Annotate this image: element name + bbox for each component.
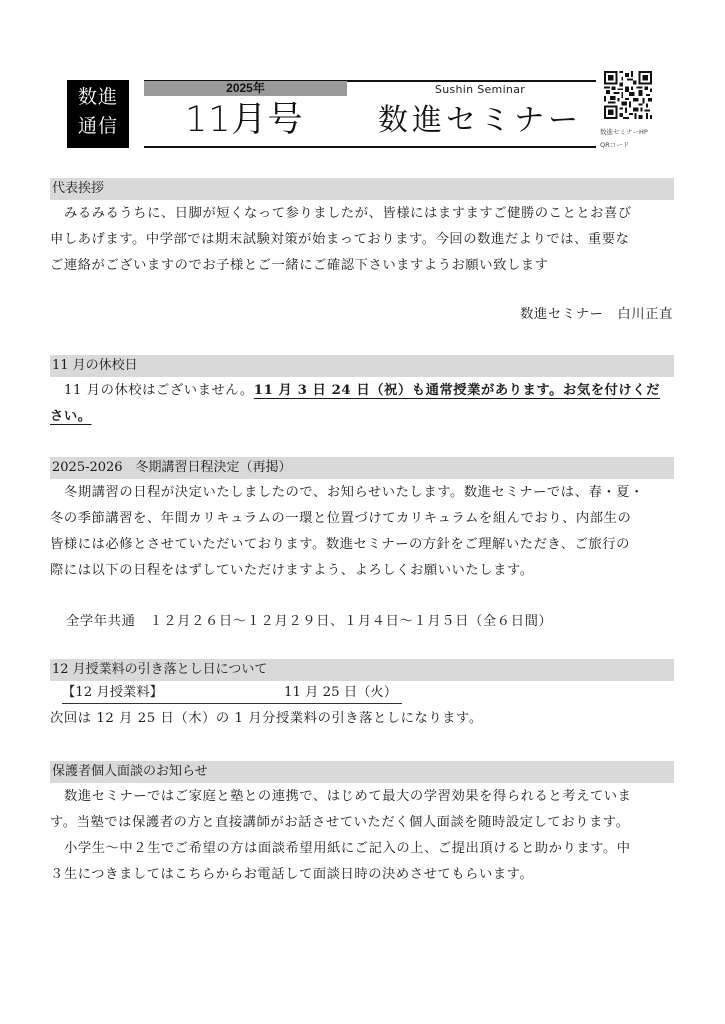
issue-title: 11月号	[185, 95, 325, 145]
winter-line: 皆様には必修とさせていただいております。数進セミナーの方針をご理解いただき、ご旅…	[50, 532, 676, 558]
section-title-tuition: 12 月授業料の引き落とし日について	[50, 659, 674, 681]
greeting-line: みるみるうちに、日脚が短くなって参りましたが、皆様にはますますご健勝のこととお喜…	[50, 201, 676, 227]
holiday-emphasis: さい。	[50, 409, 92, 424]
holiday-lead: 11 月の休校はございません。	[64, 383, 254, 398]
brand-name-english: Sushin Seminar	[410, 83, 550, 96]
brand-name-japanese: 数進セミナー	[378, 98, 582, 144]
interview-line: す。当塾では保護者の方と直接講師がお話させていただく個人面談を随時設定しておりま…	[50, 810, 676, 836]
tuition-fee-label: 【12 月授業料】	[62, 683, 163, 703]
qr-caption-qr-code: QRコード	[600, 140, 629, 149]
section-title-interview: 保護者個人面談のお知らせ	[50, 761, 674, 783]
interview-line: 小学生～中２生でご希望の方は面談希望用紙にご記入の上、ご提出頂けると助かります。…	[50, 836, 676, 862]
newsletter-logo: 数進 通信	[67, 80, 129, 148]
holiday-emphasis: 11 月 3 日 24 日（祝）も通常授業があります。お気を付けくだ	[254, 383, 660, 398]
logo-line-1: 数進	[67, 83, 129, 112]
winter-line: 冬の季節講習を、年間カリキュラムの一環と位置づけてカリキュラムを組んでおり、内部…	[50, 506, 676, 532]
qr-caption-homepage: 数進セミナーHP	[600, 127, 648, 136]
greeting-paragraph: みるみるうちに、日脚が短くなって参りましたが、皆様にはますますご健勝のこととお喜…	[50, 201, 676, 279]
newsletter-page: 数進 通信 2025年 11月号 Sushin Seminar 数進セミナー	[0, 0, 725, 1024]
tuition-fee-date: 11 月 25 日（火）	[284, 683, 397, 703]
interview-line: 数進セミナーではご家庭と塾との連携で、はじめて最大の学習効果を得られると考えてい…	[50, 784, 676, 810]
section-title-greeting: 代表挨拶	[50, 178, 674, 200]
holiday-line: 11 月の休校はございません。11 月 3 日 24 日（祝）も通常授業がありま…	[50, 378, 676, 404]
winter-line: 冬期講習の日程が決定いたしましたので、お知らせいたします。数進セミナーでは、春・…	[50, 480, 676, 506]
tuition-note-paragraph: 次回は 12 月 25 日（木）の 1 月分授業料の引き落としになります。	[50, 706, 676, 732]
interview-line: ３生につきましてはこちらからお電話して面談日時の決めさせてもらいます。	[50, 862, 676, 888]
section-title-winter-course: 2025-2026 冬期講習日程決定（再掲）	[50, 457, 674, 479]
holiday-paragraph: 11 月の休校はございません。11 月 3 日 24 日（祝）も通常授業がありま…	[50, 378, 676, 430]
year-label: 2025年	[144, 81, 347, 96]
tuition-fee-row: 【12 月授業料】 11 月 25 日（火）	[62, 683, 402, 704]
header-bottom-rule	[144, 146, 596, 148]
tuition-note: 次回は 12 月 25 日（木）の 1 月分授業料の引き落としになります。	[50, 706, 676, 732]
winter-line: 際には以下の日程をはずしていただけますよう、よろしくお願いいたします。	[50, 558, 676, 584]
winter-schedule: 全学年共通 １２月２６日～１２月２９日、１月４日～１月５日（全６日間）	[66, 610, 552, 629]
greeting-signature: 数進セミナー 白川正直	[520, 303, 673, 322]
winter-paragraph: 冬期講習の日程が決定いたしましたので、お知らせいたします。数進セミナーでは、春・…	[50, 480, 676, 584]
logo-line-2: 通信	[67, 112, 129, 141]
holiday-line: さい。	[50, 404, 676, 430]
section-title-holiday: 11 月の休校日	[50, 355, 674, 377]
interview-paragraph: 数進セミナーではご家庭と塾との連携で、はじめて最大の学習効果を得られると考えてい…	[50, 784, 676, 888]
qr-code-icon[interactable]	[603, 71, 653, 119]
greeting-line: ご連絡がございますのでお子様とご一緒にご確認下さいますようお願い致します	[50, 253, 676, 279]
greeting-line: 申しあげます。中学部では期末試験対策が始まっております。今回の数進だよりでは、重…	[50, 227, 676, 253]
